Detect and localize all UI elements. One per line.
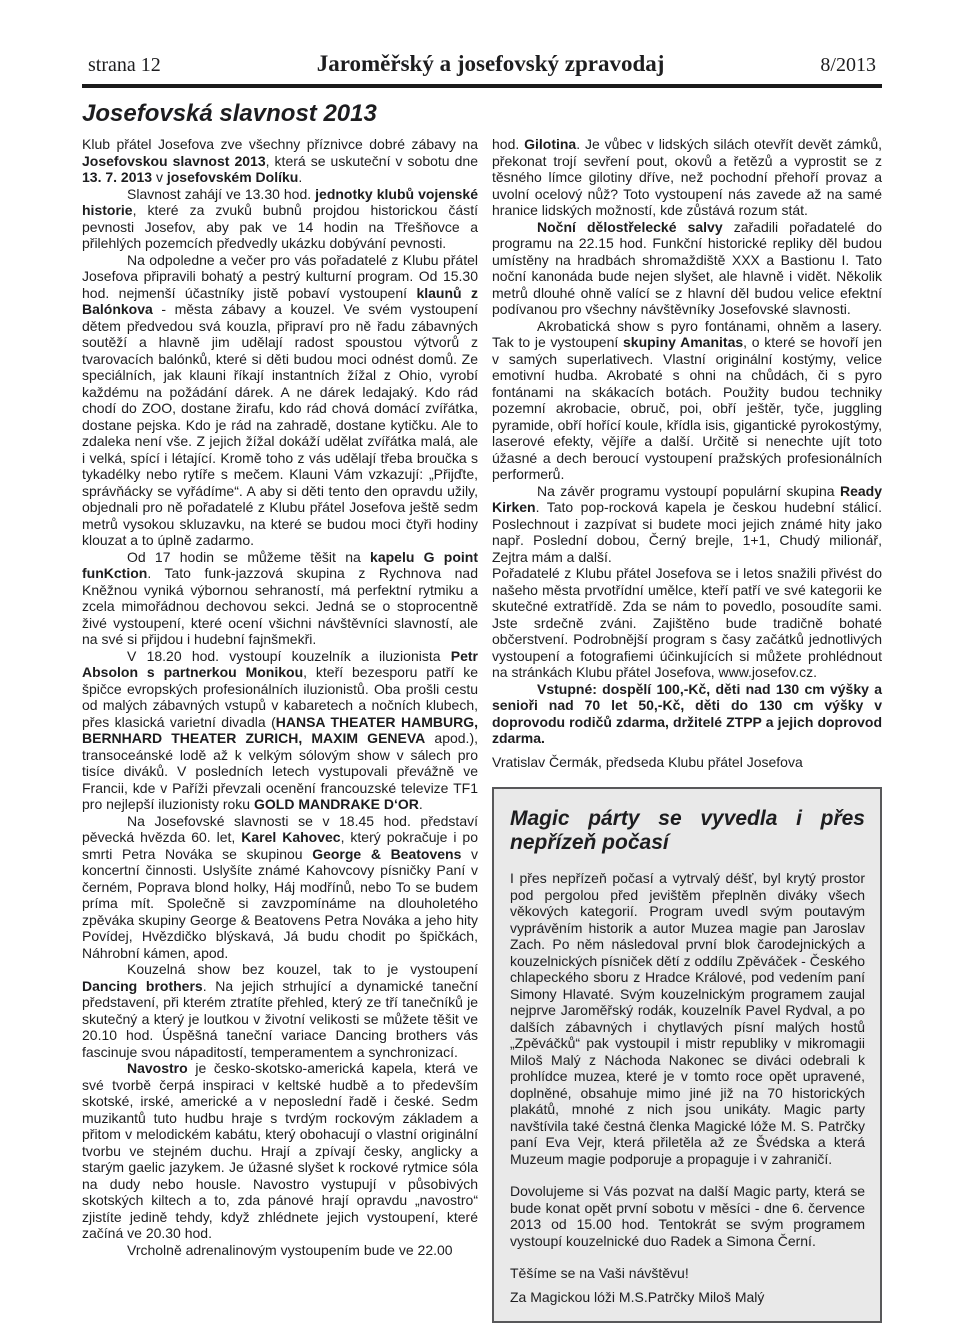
paragraph: Těšíme se na Vaši návštěvu! (510, 1265, 865, 1282)
article-title: Josefovská slavnost 2013 (82, 101, 882, 127)
box-title: Magic párty se vyvedla i přes nepřízeň p… (510, 807, 865, 855)
paragraph: I přes nepřízeň počasí a vytrvalý déšť, … (510, 870, 865, 1167)
page-number: strana 12 (88, 53, 161, 77)
paragraph: V 18.20 hod. vystoupí kouzelník a iluzio… (82, 648, 478, 813)
paragraph: Za Magickou lóži M.S.Patrčky Miloš Malý (510, 1289, 865, 1306)
paragraph: hod. Gilotina. Je vůbec v lidských silác… (492, 136, 882, 219)
paragraph: Pořadatelé z Klubu přátel Josefova se i … (492, 565, 882, 681)
left-column: Klub přátel Josefova zve všechny přízniv… (82, 136, 478, 1323)
paragraph: Vstupné: dospělí 100,-Kč, děti nad 130 c… (492, 681, 882, 747)
box-text: I přes nepřízeň počasí a vytrvalý déšť, … (510, 870, 865, 1305)
paragraph: Dovolujeme si Vás pozvat na další Magic … (510, 1183, 865, 1249)
paragraph: Vratislav Čermák, předseda Klubu přátel … (492, 754, 882, 771)
paragraph: Vrcholně adrenalinovým vystoupením bude … (82, 1242, 478, 1259)
paragraph: Kouzelná show bez kouzel, tak to je vyst… (82, 961, 478, 1060)
page-header: strana 12 Jaroměřský a josefovský zpravo… (82, 52, 882, 84)
right-column-text: hod. Gilotina. Je vůbec v lidských silác… (492, 136, 882, 770)
paragraph: Od 17 hodin se můžeme těšit na kapelu G … (82, 549, 478, 648)
header-rule (82, 84, 882, 88)
paragraph: Noční dělostřelecké salvy zařadili pořad… (492, 219, 882, 318)
paragraph: Navostro je česko-skotsko-americká kapel… (82, 1060, 478, 1242)
paragraph: Slavnost zahájí ve 13.30 hod. jednotky k… (82, 186, 478, 252)
newspaper-page: strana 12 Jaroměřský a josefovský zpravo… (0, 0, 960, 1329)
paragraph: Na Josefovské slavnosti se v 18.45 hod. … (82, 813, 478, 962)
magic-party-box: Magic párty se vyvedla i přes nepřízeň p… (492, 787, 882, 1323)
paragraph: Akrobatická show s pyro fontánami, ohněm… (492, 318, 882, 483)
paragraph: Klub přátel Josefova zve všechny přízniv… (82, 136, 478, 186)
newspaper-title: Jaroměřský a josefovský zpravodaj (317, 52, 665, 76)
issue-number: 8/2013 (820, 53, 876, 77)
article-body: Klub přátel Josefova zve všechny přízniv… (82, 136, 882, 1323)
paragraph: Na závěr programu vystoupí populární sku… (492, 483, 882, 566)
right-column: hod. Gilotina. Je vůbec v lidských silác… (492, 136, 882, 1323)
page-content: strana 12 Jaroměřský a josefovský zpravo… (82, 52, 882, 1323)
paragraph: Na odpoledne a večer pro vás pořadatelé … (82, 252, 478, 549)
